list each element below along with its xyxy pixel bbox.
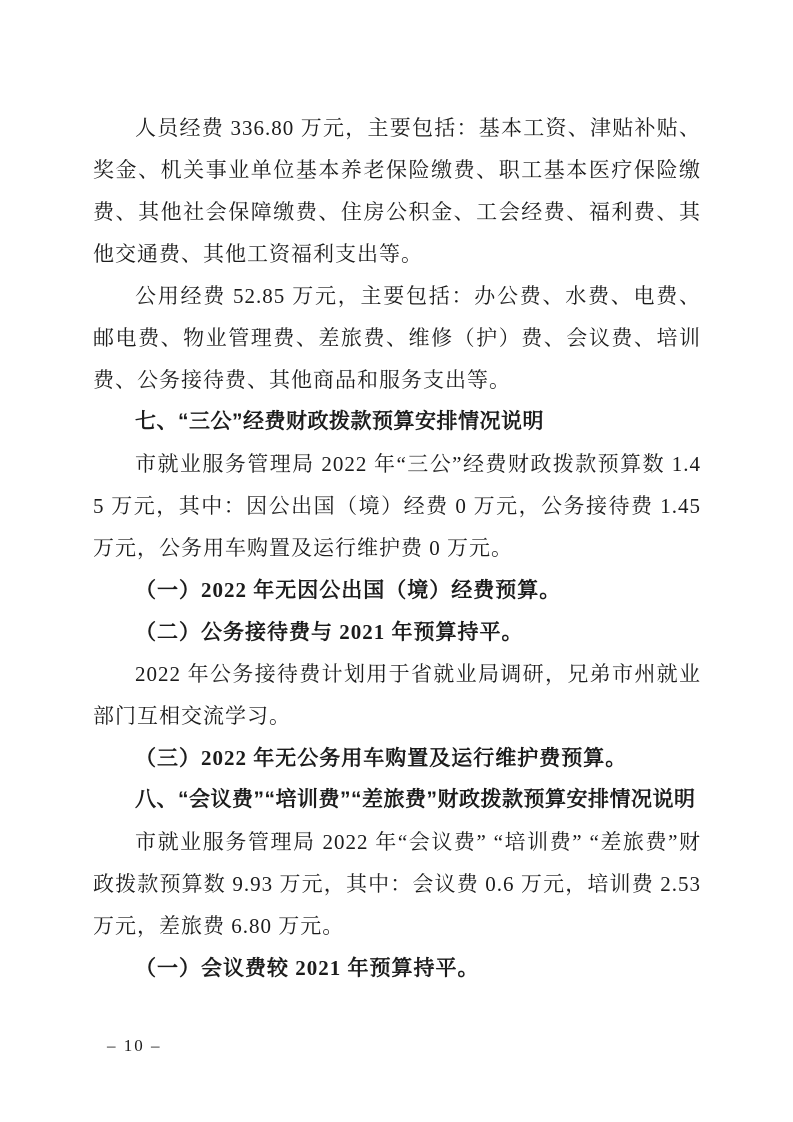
heading-section-7: 七、“三公”经费财政拨款预算安排情况说明 bbox=[93, 401, 701, 443]
document-body: 人员经费 336.80 万元，主要包括：基本工资、津贴补贴、奖金、机关事业单位基… bbox=[93, 107, 701, 989]
subheading-7-3-vehicle-expense: （三）2022 年无公务用车购置及运行维护费预算。 bbox=[93, 737, 701, 779]
page-number: – 10 – bbox=[107, 1034, 162, 1058]
document-page: 人员经费 336.80 万元，主要包括：基本工资、津贴补贴、奖金、机关事业单位基… bbox=[0, 0, 793, 1122]
paragraph-reception-plan: 2022 年公务接待费计划用于省就业局调研，兄弟市州就业部门互相交流学习。 bbox=[93, 653, 701, 737]
subheading-8-1-meeting-expense: （一）会议费较 2021 年预算持平。 bbox=[93, 947, 701, 989]
paragraph-public-expense: 公用经费 52.85 万元，主要包括：办公费、水费、电费、邮电费、物业管理费、差… bbox=[93, 275, 701, 401]
subheading-7-2-reception-expense: （二）公务接待费与 2021 年预算持平。 bbox=[93, 611, 701, 653]
paragraph-personnel-expense: 人员经费 336.80 万元，主要包括：基本工资、津贴补贴、奖金、机关事业单位基… bbox=[93, 107, 701, 275]
subheading-7-1-abroad-expense: （一）2022 年无因公出国（境）经费预算。 bbox=[93, 569, 701, 611]
paragraph-meeting-training-travel: 市就业服务管理局 2022 年“会议费” “培训费” “差旅费”财政拨款预算数 … bbox=[93, 821, 701, 947]
heading-section-8: 八、“会议费”“培训费”“差旅费”财政拨款预算安排情况说明 bbox=[93, 779, 701, 821]
paragraph-three-public-budget: 市就业服务管理局 2022 年“三公”经费财政拨款预算数 1.45 万元，其中：… bbox=[93, 443, 701, 569]
